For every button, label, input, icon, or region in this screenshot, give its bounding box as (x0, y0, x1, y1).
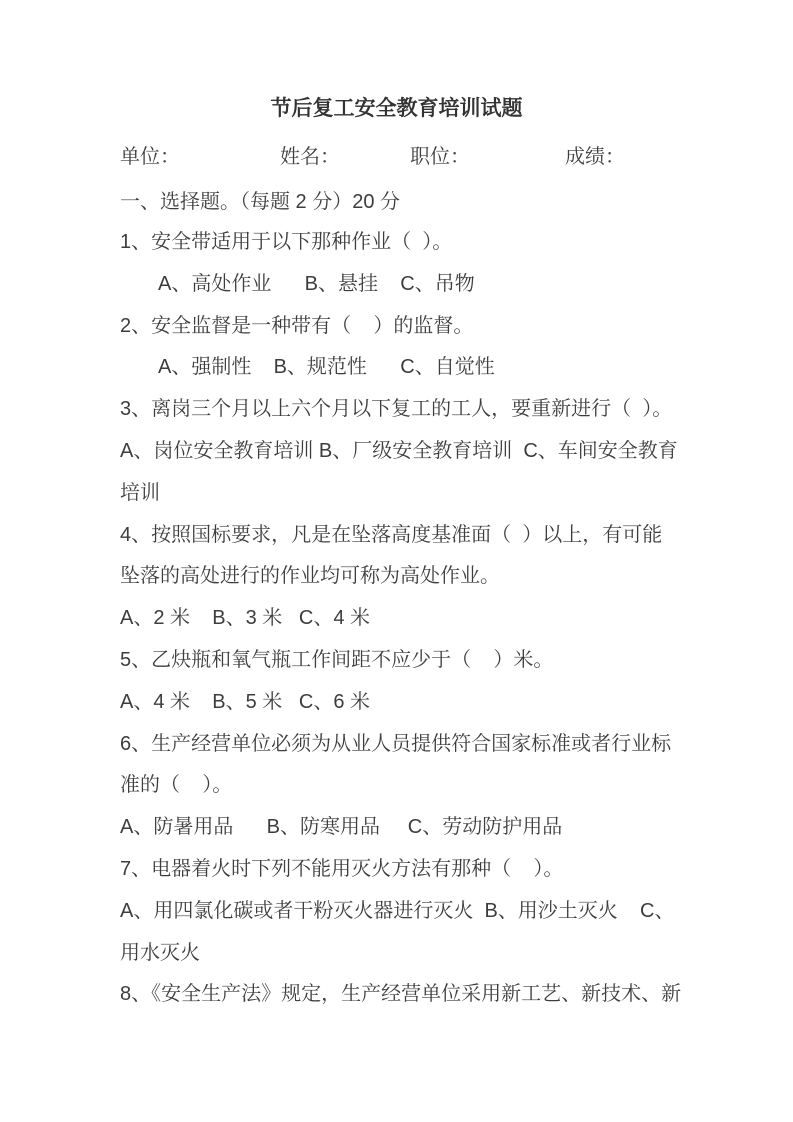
question-6-text-line-1: 6、生产经营单位必须为从业人员提供符合国家标准或者行业标 (120, 724, 720, 766)
name-field-label: 姓名： (280, 143, 340, 171)
question-7-text: 7、电器着火时下列不能用灭火方法有那种（ ）。 (120, 849, 720, 891)
question-4-text-line-1: 4、按照国标要求，凡是在坠落高度基准面（ ）以上，有可能 (120, 515, 720, 557)
question-5-options: A、4 米 B、5 米 C、6 米 (120, 682, 720, 724)
question-7-options-line-1: A、用四氯化碳或者干粉灭火器进行灭火 B、用沙土灭火 C、 (120, 891, 720, 933)
question-2-options: A、强制性 B、规范性 C、自觉性 (120, 347, 720, 389)
question-5-text: 5、乙炔瓶和氧气瓶工作间距不应少于（ ）米。 (120, 640, 720, 682)
question-3-text: 3、离岗三个月以上六个月以下复工的工人，要重新进行（ ）。 (120, 389, 720, 431)
score-field-label: 成绩： (565, 143, 625, 171)
question-7-options-line-2: 用水灭火 (120, 933, 720, 975)
document-title: 节后复工安全教育培训试题 (0, 94, 793, 124)
header-fields-row: 单位：姓名：职位：成绩： (0, 143, 793, 171)
question-6-text-line-2: 准的（ ）。 (120, 765, 720, 807)
question-3-options-line-2: 培训 (120, 473, 720, 515)
question-1-text: 1、安全带适用于以下那种作业（ ）。 (120, 222, 720, 264)
question-1-options: A、高处作业 B、悬挂 C、吊物 (120, 264, 720, 306)
question-8-text-line-1: 8、《安全生产法》规定，生产经营单位采用新工艺、新技术、新 (120, 974, 720, 1016)
unit-field-label: 单位： (120, 143, 180, 171)
question-2-text: 2、安全监督是一种带有（ ）的监督。 (120, 306, 720, 348)
question-6-options: A、防暑用品 B、防寒用品 C、劳动防护用品 (120, 807, 720, 849)
question-3-options-line-1: A、岗位安全教育培训 B、厂级安全教育培训 C、车间安全教育 (120, 431, 720, 473)
question-4-text-line-2: 坠落的高处进行的作业均可称为高处作业。 (120, 556, 720, 598)
question-body: 1、安全带适用于以下那种作业（ ）。A、高处作业 B、悬挂 C、吊物2、安全监督… (120, 222, 720, 1016)
document-page: 节后复工安全教育培训试题 单位：姓名：职位：成绩： 一、选择题。（每题 2 分）… (0, 0, 793, 1122)
position-field-label: 职位： (410, 143, 470, 171)
question-4-options: A、2 米 B、3 米 C、4 米 (120, 598, 720, 640)
section-heading: 一、选择题。（每题 2 分）20 分 (120, 188, 400, 216)
